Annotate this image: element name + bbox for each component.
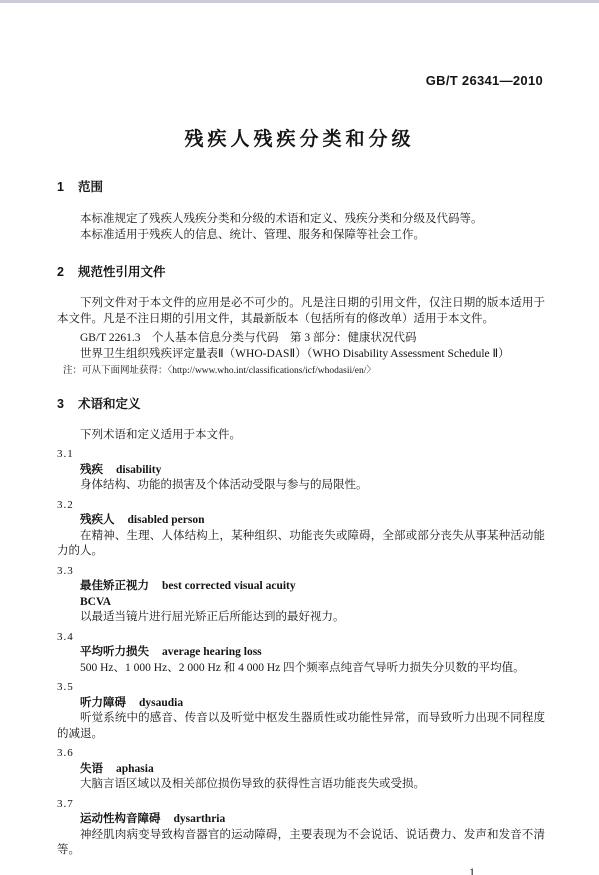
section-1-title: 范围: [78, 180, 103, 194]
section-1-heading: 1范围: [57, 179, 545, 196]
term-definition: 神经肌肉病变导致构音器官的运动障碍，主要表现为不会说话、说话费力、发声和发音不清…: [57, 828, 545, 859]
term-number: 3.5: [57, 680, 545, 696]
term-name-en: dysaudia: [139, 697, 183, 709]
term-name-en: average hearing loss: [162, 646, 262, 658]
term-name-zh: 平均听力损失: [80, 646, 149, 658]
term-name: 最佳矫正视力best corrected visual acuity: [57, 579, 545, 595]
term-number: 3.7: [57, 797, 545, 813]
term-entry: 3.4 平均听力损失average hearing loss 500 Hz、1 …: [57, 630, 545, 677]
term-entry: 3.5 听力障碍dysaudia 听觉系统中的感音、传音以及听觉中枢发生器质性或…: [57, 680, 545, 742]
term-name: 残疾disability: [57, 463, 545, 479]
standard-code: GB/T 26341—2010: [0, 0, 599, 89]
section-1-number: 1: [57, 179, 78, 196]
term-name: 平均听力损失average hearing loss: [57, 645, 545, 661]
page-number: 1: [57, 865, 545, 875]
section-3-title: 术语和定义: [78, 397, 141, 411]
section-1-paragraph-1: 本标准规定了残疾人残疾分类和分级的术语和定义、残疾分类和分级及代码等。: [57, 211, 545, 227]
term-definition: 以最适当镜片进行屈光矫正后所能达到的最好视力。: [57, 610, 545, 626]
reference-note: 注：可从下面网址获得：〈http://www.who.int/classific…: [63, 365, 545, 378]
term-name-zh: 残疾人: [80, 514, 115, 526]
term-entry: 3.6 失语aphasia 大脑言语区域以及相关部位损伤导致的获得性言语功能丧失…: [57, 746, 545, 793]
term-name-zh: 运动性构音障碍: [80, 813, 161, 825]
term-entry: 3.7 运动性构音障碍dysarthria 神经肌肉病变导致构音器官的运动障碍，…: [57, 797, 545, 859]
term-name-en: best corrected visual acuity: [162, 580, 296, 592]
term-number: 3.4: [57, 630, 545, 646]
document-content: 1范围 本标准规定了残疾人残疾分类和分级的术语和定义、残疾分类和分级及代码等。 …: [0, 179, 599, 875]
term-name: 运动性构音障碍dysarthria: [57, 812, 545, 828]
term-number: 3.3: [57, 564, 545, 580]
term-name-zh: 残疾: [80, 464, 103, 476]
term-name-zh: 最佳矫正视力: [80, 580, 149, 592]
document-page: GB/T 26341—2010 残疾人残疾分类和分级 1范围 本标准规定了残疾人…: [0, 0, 599, 875]
term-definition: 身体结构、功能的损害及个体活动受限与参与的局限性。: [57, 478, 545, 494]
term-number: 3.1: [57, 447, 545, 463]
term-entry: 3.3 最佳矫正视力best corrected visual acuity B…: [57, 564, 545, 626]
term-name: 听力障碍dysaudia: [57, 696, 545, 712]
section-2-title: 规范性引用文件: [78, 265, 166, 279]
term-number: 3.6: [57, 746, 545, 762]
terms-intro: 下列术语和定义适用于本文件。: [57, 427, 545, 443]
section-3-number: 3: [57, 396, 78, 413]
term-definition: 在精神、生理、人体结构上，某种组织、功能丧失或障碍，全部或部分丧失从事某种活动能…: [57, 529, 545, 560]
reference-item-1: GB/T 2261.3 个人基本信息分类与代码 第 3 部分：健康状况代码: [57, 330, 545, 346]
term-definition: 听觉系统中的感音、传音以及听觉中枢发生器质性或功能性异常，而导致听力出现不同程度…: [57, 711, 545, 742]
term-name-zh: 听力障碍: [80, 697, 126, 709]
term-entry: 3.1 残疾disability 身体结构、功能的损害及个体活动受限与参与的局限…: [57, 447, 545, 494]
term-name-zh: 失语: [80, 763, 103, 775]
term-name-en: dysarthria: [174, 813, 226, 825]
scan-edge-strip: [0, 0, 599, 3]
term-name-en: aphasia: [116, 763, 154, 775]
term-definition: 大脑言语区域以及相关部位损伤导致的获得性言语功能丧失或受损。: [57, 777, 545, 793]
term-acronym: BCVA: [57, 595, 545, 611]
section-2-heading: 2规范性引用文件: [57, 264, 545, 281]
document-title: 残疾人残疾分类和分级: [0, 128, 599, 152]
term-name-en: disabled person: [128, 514, 205, 526]
section-1-paragraph-2: 本标准适用于残疾人的信息、统计、管理、服务和保障等社会工作。: [57, 227, 545, 243]
term-name-en: disability: [116, 464, 161, 476]
terms-list: 3.1 残疾disability 身体结构、功能的损害及个体活动受限与参与的局限…: [57, 447, 545, 859]
section-2-paragraph-1: 下列文件对于本文件的应用是必不可少的。凡是注日期的引用文件，仅注日期的版本适用于…: [57, 295, 545, 327]
term-entry: 3.2 残疾人disabled person 在精神、生理、人体结构上，某种组织…: [57, 498, 545, 560]
term-definition: 500 Hz、1 000 Hz、2 000 Hz 和 4 000 Hz 四个频率…: [57, 661, 545, 677]
reference-item-2: 世界卫生组织残疾评定量表Ⅱ（WHO-DASⅡ）（WHO Disability A…: [57, 346, 545, 362]
section-3-heading: 3术语和定义: [57, 396, 545, 413]
term-number: 3.2: [57, 498, 545, 514]
section-2-number: 2: [57, 264, 78, 281]
term-name: 失语aphasia: [57, 762, 545, 778]
term-name: 残疾人disabled person: [57, 513, 545, 529]
